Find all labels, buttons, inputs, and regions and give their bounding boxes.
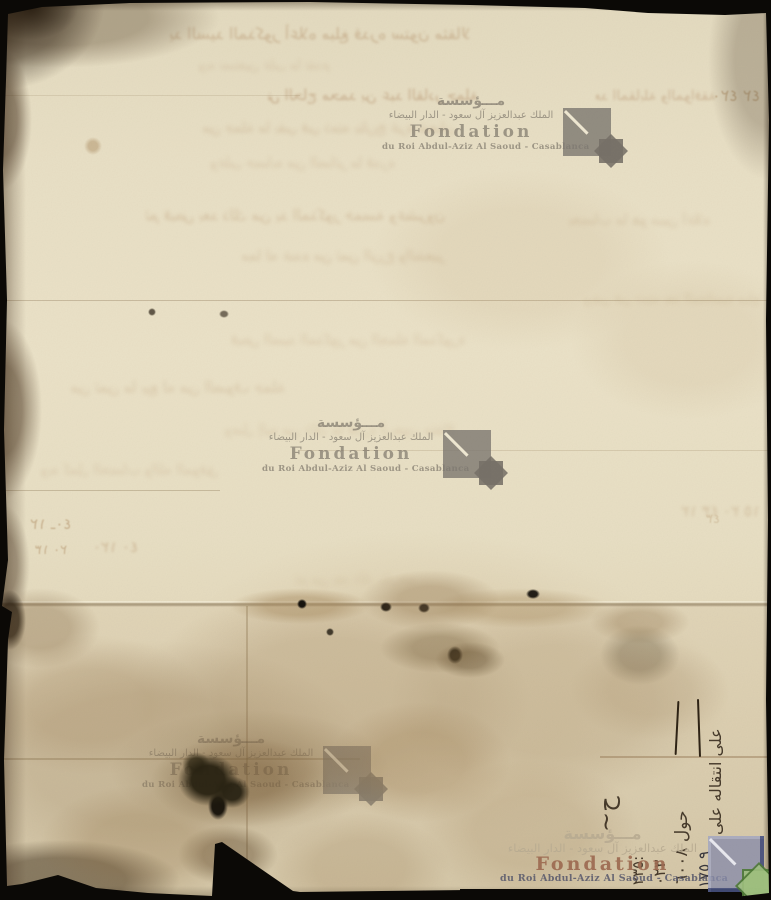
foundation-logo-icon	[563, 108, 611, 156]
foundation-logo-icon	[443, 430, 491, 478]
watermark-latin-title: Fondation	[382, 123, 560, 141]
foundation-logo-icon	[323, 746, 371, 794]
watermark-arabic-subtitle: الملك عبدالعزيز آل سعود - الدار البيضاء	[142, 747, 320, 761]
ghost-text-row: وصل من يد السيد المذكور أعلاه مبلغ قدره …	[170, 24, 470, 46]
watermark-text: مـــؤسسة الملك عبدالعزيز آل سعود - الدار…	[382, 94, 560, 153]
watermark-latin-subtitle: du Roi Abdul-Aziz Al Saoud - Casablanca	[500, 873, 705, 885]
ghost-text-row: قبض السيد المذكور من الجملة المذكورة	[135, 332, 465, 354]
watermark-arabic-title: مـــؤسسة	[142, 732, 320, 747]
ghost-text-row: مما له عنده من ثمن الزرع والشعير	[135, 248, 445, 270]
ghost-text-row: قيد بعد المقابلة والموافقة	[596, 88, 716, 110]
handwritten-annotation: ~ح	[596, 762, 616, 832]
foundation-logo-icon	[708, 836, 764, 892]
watermark-stamp-bottom-right: مـــؤسسة الملك عبدالعزيز آل سعود - الدار…	[500, 826, 764, 892]
ghost-text-row: وبه كمل الحساب والله الموفق	[8, 462, 218, 484]
watermark-top: مـــؤسسة الملك عبدالعزيز آل سعود - الدار…	[382, 94, 611, 156]
eight-point-star-icon	[739, 866, 771, 900]
watermark-latin-title: Fondation	[142, 761, 320, 779]
watermark-text: مـــؤسسة الملك عبدالعزيز آل سعود - الدار…	[262, 416, 440, 475]
ghost-text-row: ١٢ ٤٣ ٢٠ ١٥	[530, 502, 760, 524]
watermark-bottom-left: مـــؤسسة الملك عبدالعزيز آل سعود - الدار…	[142, 732, 371, 794]
watermark-latin-subtitle: du Roi Abdul-Aziz Al Saoud - Casablanca	[382, 141, 560, 153]
crease-line	[0, 490, 220, 491]
ghost-numbers: ١٢ ـ٤٠	[30, 515, 71, 533]
crease-line	[0, 300, 771, 301]
ghost-text-row: ثم قبض بعد ذلك من يد المذكور خمسة وعشرون	[55, 206, 445, 228]
handwritten-annotation: على انتقاله على	[706, 683, 726, 835]
ghost-text-row: من ثمن ما بيع له من الصوف جملة	[15, 378, 285, 400]
ghost-text-row: وعلى حسابه من الصائر ما قدره	[105, 155, 395, 177]
ghost-numbers: ٤٢٠ ٤٢	[712, 86, 760, 105]
watermark-arabic-subtitle: الملك عبدالعزيز آل سعود - الدار البيضاء	[262, 431, 440, 445]
watermark-arabic-title: مـــؤسسة	[262, 416, 440, 431]
eight-point-star-icon	[474, 456, 508, 490]
ghost-text-row: وبه نستعين على ما تقدم	[130, 58, 330, 80]
ghost-text-row: بحساب ما هو مبين أعلاه	[470, 212, 710, 234]
watermark-text: مـــؤسسة الملك عبدالعزيز آل سعود - الدار…	[500, 826, 705, 885]
watermark-middle: مـــؤسسة الملك عبدالعزيز آل سعود - الدار…	[262, 416, 491, 478]
ghost-text-row: وبقي في ذمته بعد المحاسبة مبلغ	[410, 292, 760, 314]
watermark-latin-subtitle: du Roi Abdul-Aziz Al Saoud - Casablanca	[142, 779, 320, 791]
watermark-text: مـــؤسسة الملك عبدالعزيز آل سعود - الدار…	[142, 732, 320, 791]
paper-sheet: وصل من يد السيد المذكور أعلاه مبلغ قدره …	[0, 0, 771, 900]
ghost-text-row: ثم من بعد ذلك بتاريخه	[115, 572, 415, 594]
fold-crease-line	[0, 603, 771, 606]
watermark-latin-title: Fondation	[500, 855, 705, 873]
eight-point-star-icon	[354, 772, 388, 806]
watermark-arabic-title: مـــؤسسة	[500, 826, 705, 841]
ghost-numbers: ٤٣	[706, 512, 720, 527]
ghost-numbers: ١٣ ٢٠	[35, 543, 67, 558]
crease-line	[0, 95, 300, 96]
watermark-latin-subtitle: du Roi Abdul-Aziz Al Saoud - Casablanca	[262, 463, 440, 475]
scanner-bed: وصل من يد السيد المذكور أعلاه مبلغ قدره …	[0, 0, 771, 900]
eight-point-star-icon	[594, 134, 628, 168]
watermark-arabic-title: مـــؤسسة	[382, 94, 560, 109]
watermark-latin-title: Fondation	[262, 445, 440, 463]
watermark-arabic-subtitle: الملك عبدالعزيز آل سعود - الدار البيضاء	[382, 109, 560, 123]
